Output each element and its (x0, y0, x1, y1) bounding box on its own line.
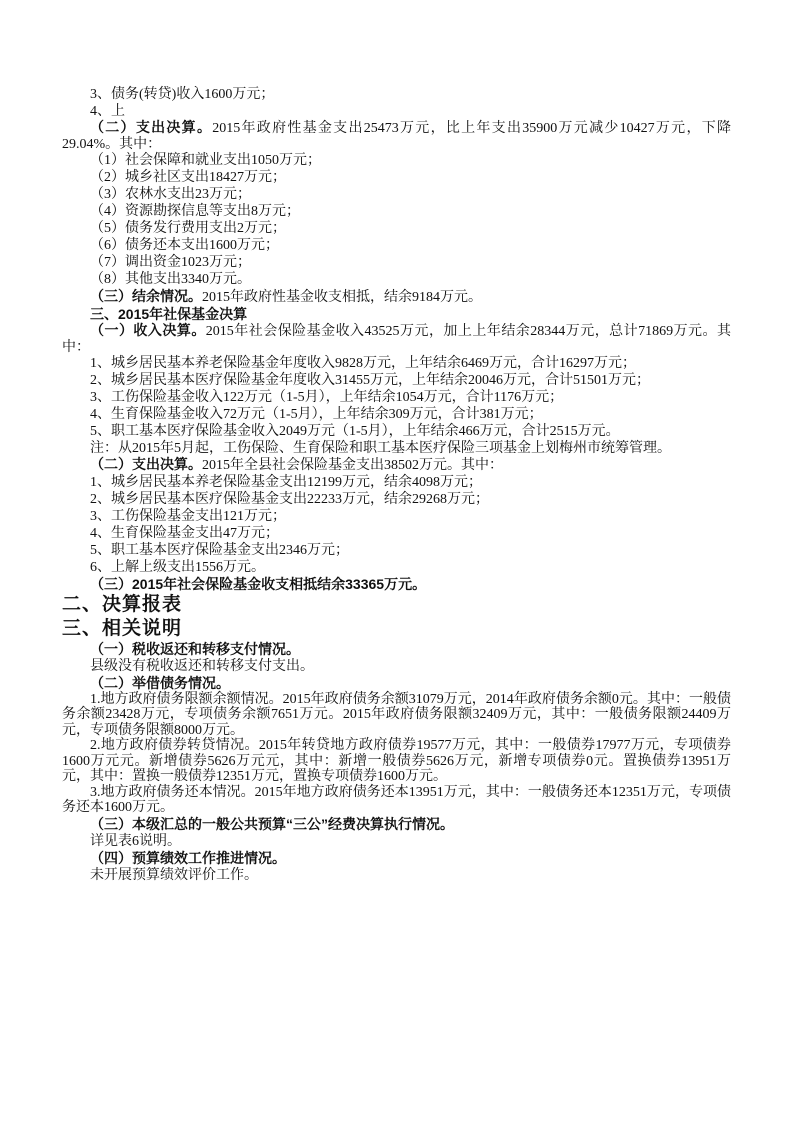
major-heading: 二、决算报表 (62, 593, 731, 617)
text-segment: （二）举借债务情况。 (90, 675, 230, 691)
text-segment: 注：从2015年5月起，工伤保险、生育保险和职工基本医疗保险三项基金上划梅州市统… (90, 441, 671, 456)
paragraph: （3）农林水支出23万元； (62, 186, 731, 203)
paragraph: （三）结余情况。2015年政府性基金收支相抵，结余9184万元。 (62, 288, 731, 306)
text-segment: 详见表6说明。 (90, 834, 181, 849)
paragraph: 3.地方政府债务还本情况。2015年地方政府债务还本13951万元，其中：一般债… (62, 785, 731, 816)
paragraph: （5）债务发行费用支出2万元； (62, 220, 731, 237)
text-segment: （一）税收返还和转移支付情况。 (90, 641, 300, 657)
text-segment: （5）债务发行费用支出2万元； (90, 221, 286, 236)
text-segment: （1）社会保障和就业支出1050万元； (90, 153, 321, 168)
text-segment: 未开展预算绩效评价工作。 (90, 868, 258, 883)
text-segment: 2.地方政府债券转贷情况。2015年转贷地方政府债券19577万元，其中：一般债… (62, 738, 731, 784)
text-segment: 3.地方政府债务还本情况。2015年地方政府债务还本13951万元，其中：一般债… (62, 785, 731, 816)
text-segment: 2015年全县社会保险基金支出38502万元。其中： (202, 458, 503, 473)
paragraph: （4）资源勘探信息等支出8万元； (62, 203, 731, 220)
text-segment: （7）调出资金1023万元； (90, 255, 251, 270)
paragraph: （2）城乡社区支出18427万元； (62, 169, 731, 186)
paragraph: 未开展预算绩效评价工作。 (62, 867, 731, 884)
text-segment: 二、决算报表 (62, 594, 182, 615)
text-segment: 5、职工基本医疗保险基金支出2346万元； (90, 543, 349, 558)
text-segment: 1、城乡居民基本养老保险基金支出12199万元，结余4098万元； (90, 475, 482, 490)
paragraph: （二）支出决算。2015年政府性基金支出25473万元，比上年支出35900万元… (62, 120, 731, 152)
paragraph: （一）收入决算。2015年社会保险基金收入43525万元，加上上年结余28344… (62, 323, 731, 355)
text-segment: （6）债务还本支出1600万元； (90, 238, 279, 253)
major-heading: 三、相关说明 (62, 617, 731, 641)
text-segment: 2015年政府性基金收支相抵，结余9184万元。 (202, 290, 482, 305)
sub-heading: （二）举借债务情况。 (62, 675, 731, 692)
paragraph: （1）社会保障和就业支出1050万元； (62, 152, 731, 169)
text-segment: （三）结余情况。 (90, 288, 202, 304)
text-segment: 1、城乡居民基本养老保险基金年度收入9828万元，上年结余6469万元，合计16… (90, 356, 636, 371)
paragraph: 县级没有税收返还和转移支付支出。 (62, 658, 731, 675)
text-segment: 4、上 (90, 104, 125, 119)
sub-heading: （四）预算绩效工作推进情况。 (62, 850, 731, 867)
sub-heading: （三）本级汇总的一般公共预算“三公”经费决算执行情况。 (62, 816, 731, 833)
text-segment: 3、工伤保险基金支出121万元； (90, 509, 286, 524)
text-segment: 2、城乡居民基本医疗保险基金年度收入31455万元，上年结余20046万元，合计… (90, 373, 650, 388)
document-body: 3、债务(转贷)收入1600万元；4、上（二）支出决算。2015年政府性基金支出… (62, 86, 731, 884)
text-segment: 1.地方政府债务限额余额情况。2015年政府债务余额31079万元，2014年政… (62, 692, 731, 738)
document-page: 3、债务(转贷)收入1600万元；4、上（二）支出决算。2015年政府性基金支出… (0, 0, 793, 1122)
paragraph: 2、城乡居民基本医疗保险基金年度收入31455万元，上年结余20046万元，合计… (62, 372, 731, 389)
paragraph: 3、工伤保险基金收入122万元（1-5月），上年结余1054万元，合计1176万… (62, 389, 731, 406)
text-segment: 3、债务(转贷)收入1600万元； (90, 87, 274, 102)
text-segment: （一）收入决算。 (90, 322, 206, 338)
text-segment: （二）支出决算。 (90, 119, 212, 135)
paragraph: （二）支出决算。2015年全县社会保险基金支出38502万元。其中： (62, 457, 731, 474)
text-segment: 3、工伤保险基金收入122万元（1-5月），上年结余1054万元，合计1176万… (90, 390, 563, 405)
paragraph: 4、上 (62, 103, 731, 120)
text-segment: （2）城乡社区支出18427万元； (90, 170, 286, 185)
sub-heading: （三）2015年社会保险基金收支相抵结余33365万元。 (62, 576, 731, 593)
text-segment: 5、职工基本医疗保险基金收入2049万元（1-5月），上年结余466万元，合计2… (90, 424, 620, 439)
text-segment: （二）支出决算。 (90, 456, 202, 472)
text-segment: 4、生育保险基金收入72万元（1-5月），上年结余309万元，合计381万元； (90, 407, 543, 422)
text-segment: （四）预算绩效工作推进情况。 (90, 850, 286, 866)
text-segment: （3）农林水支出23万元； (90, 187, 251, 202)
text-segment: （4）资源勘探信息等支出8万元； (90, 204, 300, 219)
sub-heading: 三、2015年社保基金决算 (62, 306, 731, 323)
paragraph: 4、生育保险基金支出47万元； (62, 525, 731, 542)
paragraph: 5、职工基本医疗保险基金收入2049万元（1-5月），上年结余466万元，合计2… (62, 423, 731, 440)
paragraph: 详见表6说明。 (62, 833, 731, 850)
paragraph: 5、职工基本医疗保险基金支出2346万元； (62, 542, 731, 559)
paragraph: （7）调出资金1023万元； (62, 254, 731, 271)
text-segment: 6、上解上级支出1556万元。 (90, 560, 265, 575)
paragraph: 6、上解上级支出1556万元。 (62, 559, 731, 576)
text-segment: 2、城乡居民基本医疗保险基金支出22233万元，结余29268万元； (90, 492, 489, 507)
text-segment: （8）其他支出3340万元。 (90, 272, 251, 287)
paragraph: 2、城乡居民基本医疗保险基金支出22233万元，结余29268万元； (62, 491, 731, 508)
paragraph: 1、城乡居民基本养老保险基金年度收入9828万元，上年结余6469万元，合计16… (62, 355, 731, 372)
text-segment: （三）本级汇总的一般公共预算“三公”经费决算执行情况。 (90, 816, 454, 832)
text-segment: 三、相关说明 (62, 618, 182, 639)
paragraph: 1.地方政府债务限额余额情况。2015年政府债务余额31079万元，2014年政… (62, 692, 731, 739)
paragraph: 3、债务(转贷)收入1600万元； (62, 86, 731, 103)
paragraph: （6）债务还本支出1600万元； (62, 237, 731, 254)
text-segment: 4、生育保险基金支出47万元； (90, 526, 279, 541)
text-segment: 县级没有税收返还和转移支付支出。 (90, 659, 314, 674)
paragraph: （8）其他支出3340万元。 (62, 271, 731, 288)
paragraph: 2.地方政府债券转贷情况。2015年转贷地方政府债券19577万元，其中：一般债… (62, 738, 731, 785)
paragraph: 4、生育保险基金收入72万元（1-5月），上年结余309万元，合计381万元； (62, 406, 731, 423)
text-segment: （三）2015年社会保险基金收支相抵结余33365万元。 (90, 576, 426, 592)
paragraph: 3、工伤保险基金支出121万元； (62, 508, 731, 525)
paragraph: 1、城乡居民基本养老保险基金支出12199万元，结余4098万元； (62, 474, 731, 491)
text-segment: 三、2015年社保基金决算 (90, 306, 247, 322)
paragraph: 注：从2015年5月起，工伤保险、生育保险和职工基本医疗保险三项基金上划梅州市统… (62, 440, 731, 457)
sub-heading: （一）税收返还和转移支付情况。 (62, 641, 731, 658)
